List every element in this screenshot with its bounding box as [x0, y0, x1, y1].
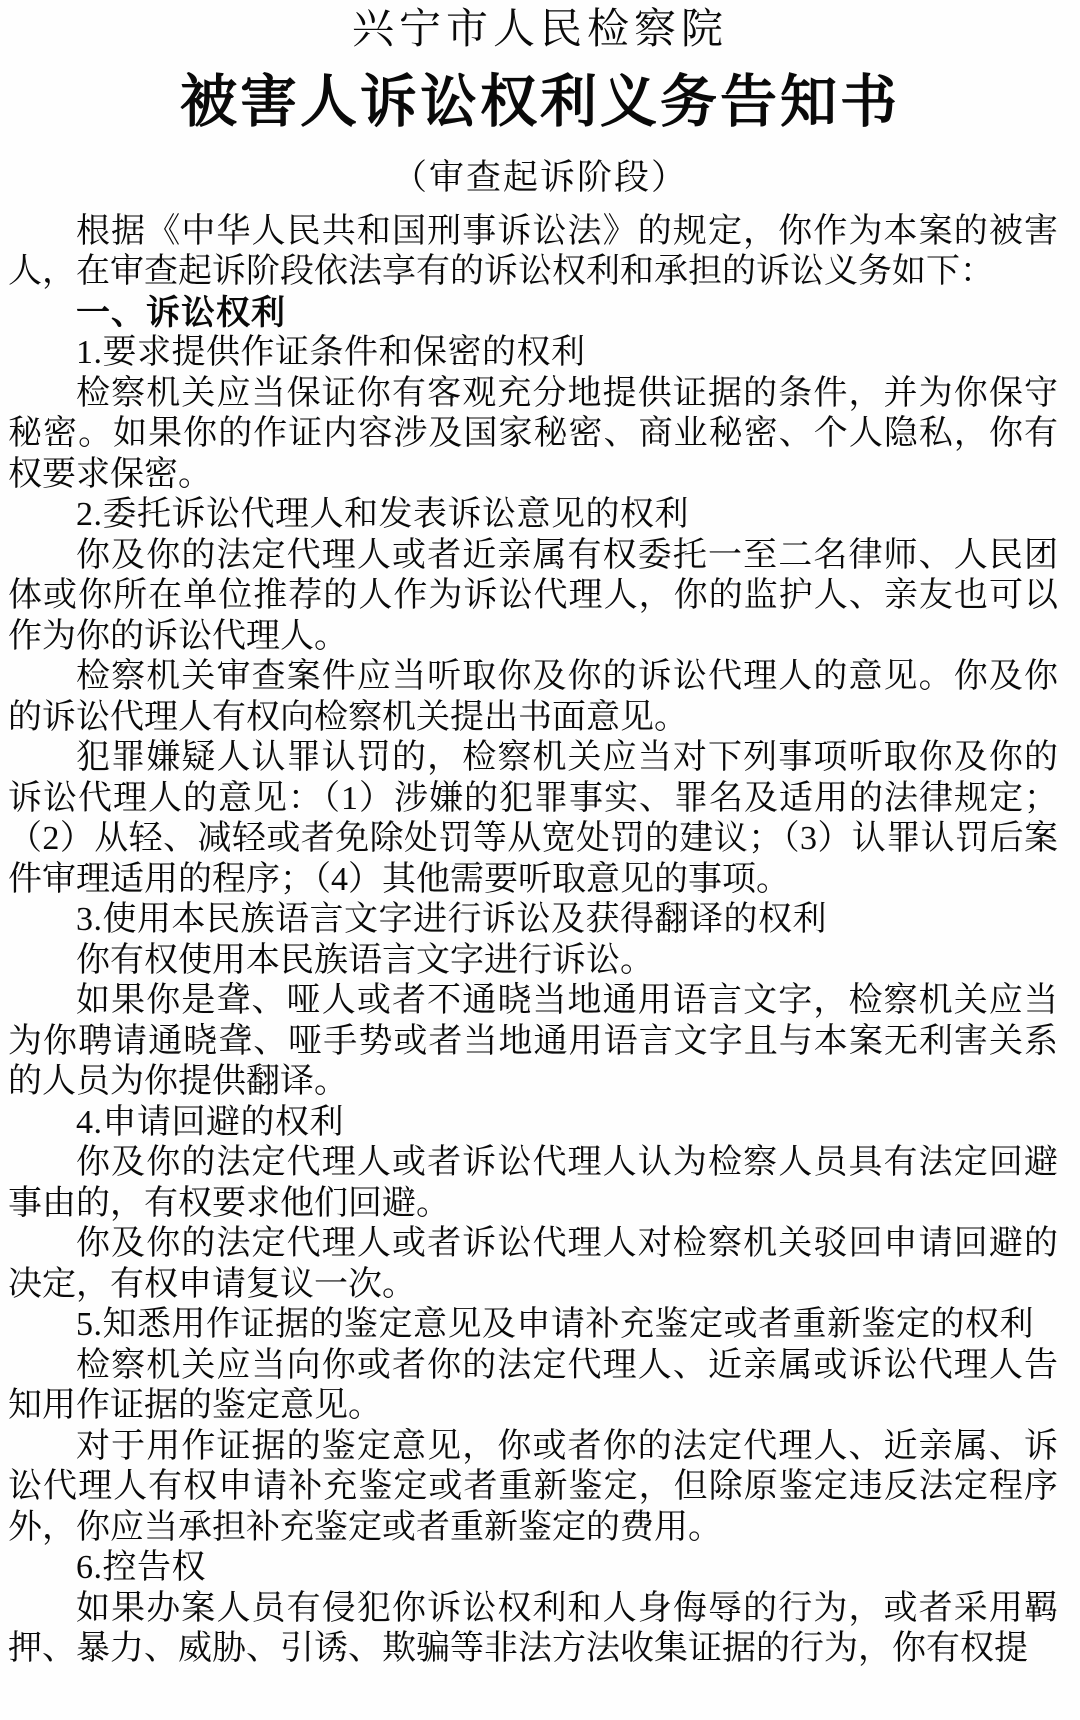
- intro-paragraph: 根据《中华人民共和国刑事诉讼法》的规定，你作为本案的被害人，在审查起诉阶段依法享…: [8, 212, 1058, 293]
- item-2-paragraph: 检察机关审查案件应当听取你及你的诉讼代理人的意见。你及你的诉讼代理人有权向检察机…: [8, 657, 1058, 738]
- document-body: 根据《中华人民共和国刑事诉讼法》的规定，你作为本案的被害人，在审查起诉阶段依法享…: [0, 212, 1080, 1670]
- item-2-paragraph: 你及你的法定代理人或者近亲属有权委托一至二名律师、人民团体或你所在单位推荐的人作…: [8, 536, 1058, 658]
- item-5-paragraph: 检察机关应当向你或者你的法定代理人、近亲属或诉讼代理人告知用作证据的鉴定意见。: [8, 1346, 1058, 1427]
- item-2-paragraph: 犯罪嫌疑人认罪认罚的，检察机关应当对下列事项听取你及你的诉讼代理人的意见：（1）…: [8, 738, 1058, 900]
- item-heading-4: 4.申请回避的权利: [8, 1103, 1058, 1144]
- item-heading-6: 6.控告权: [8, 1548, 1058, 1589]
- item-heading-3: 3.使用本民族语言文字进行诉讼及获得翻译的权利: [8, 900, 1058, 941]
- document-page: 兴宁市人民检察院 被害人诉讼权利义务告知书 （审查起诉阶段） 根据《中华人民共和…: [0, 0, 1080, 1720]
- page-title: 被害人诉讼权利义务告知书: [0, 70, 1080, 136]
- item-1-paragraph: 检察机关应当保证你有客观充分地提供证据的条件，并为你保守秘密。如果你的作证内容涉…: [8, 374, 1058, 496]
- item-heading-1: 1.要求提供作证条件和保密的权利: [8, 333, 1058, 374]
- item-3-paragraph: 如果你是聋、哑人或者不通晓当地通用语言文字，检察机关应当为你聘请通晓聋、哑手势或…: [8, 981, 1058, 1103]
- item-3-paragraph: 你有权使用本民族语言文字进行诉讼。: [8, 941, 1058, 982]
- org-name: 兴宁市人民检察院: [0, 6, 1080, 54]
- item-6-paragraph: 如果办案人员有侵犯你诉讼权利和人身侮辱的行为，或者采用羁押、暴力、威胁、引诱、欺…: [8, 1589, 1058, 1670]
- item-heading-2: 2.委托诉讼代理人和发表诉讼意见的权利: [8, 495, 1058, 536]
- stage-note: （审查起诉阶段）: [0, 157, 1080, 199]
- item-4-paragraph: 你及你的法定代理人或者诉讼代理人对检察机关驳回申请回避的决定，有权申请复议一次。: [8, 1224, 1058, 1305]
- section-heading-rights: 一、诉讼权利: [8, 293, 1058, 334]
- item-4-paragraph: 你及你的法定代理人或者诉讼代理人认为检察人员具有法定回避事由的，有权要求他们回避…: [8, 1143, 1058, 1224]
- item-heading-5: 5.知悉用作证据的鉴定意见及申请补充鉴定或者重新鉴定的权利: [8, 1305, 1058, 1346]
- item-5-paragraph: 对于用作证据的鉴定意见，你或者你的法定代理人、近亲属、诉讼代理人有权申请补充鉴定…: [8, 1427, 1058, 1549]
